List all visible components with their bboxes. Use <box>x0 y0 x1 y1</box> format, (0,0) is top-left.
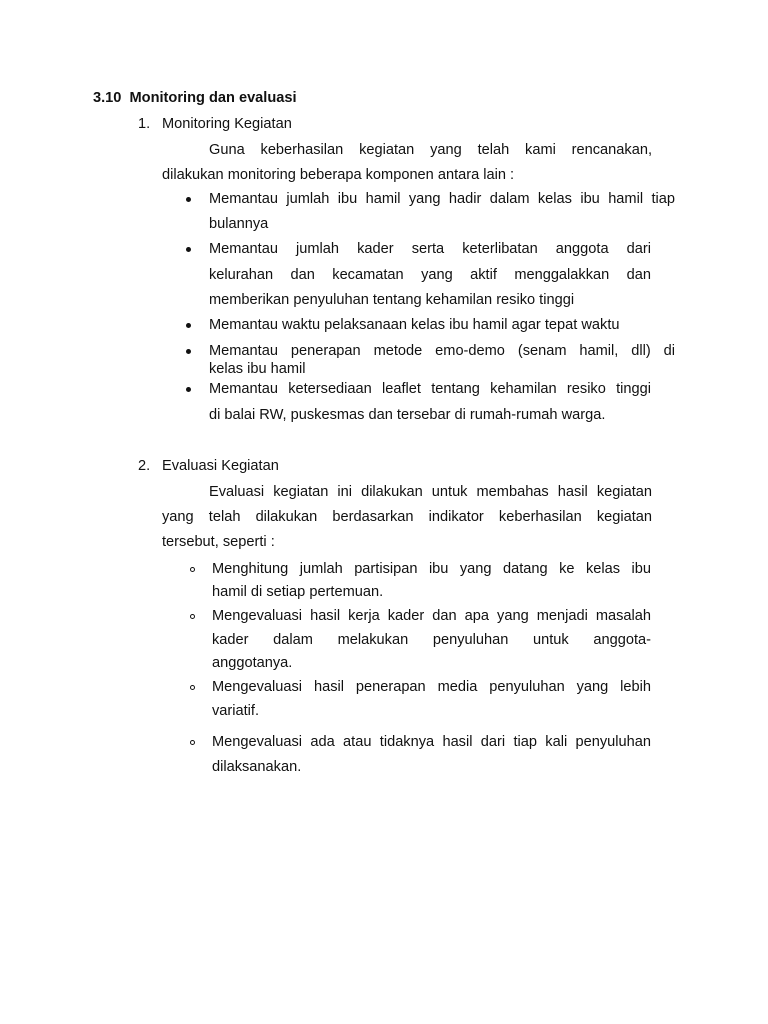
section-heading: 3.10 Monitoring dan evaluasi <box>93 89 297 107</box>
evaluasi-item-line: variatif. <box>212 702 259 720</box>
filled-circle-bullet-icon <box>186 247 191 252</box>
hollow-circle-bullet-icon <box>190 567 195 572</box>
monitoring-title: Monitoring Kegiatan <box>162 115 292 133</box>
filled-circle-bullet-icon <box>186 349 191 354</box>
hollow-circle-bullet-icon <box>190 740 195 745</box>
evaluasi-item-line: Mengevaluasi hasil penerapan media penyu… <box>212 678 651 696</box>
evaluasi-item-line: anggotanya. <box>212 654 292 672</box>
monitoring-item-line: Memantau penerapan metode emo-demo (sena… <box>209 342 675 360</box>
monitoring-intro-line: Guna keberhasilan kegiatan yang telah ka… <box>209 141 652 159</box>
monitoring-item-line: Memantau waktu pelaksanaan kelas ibu ham… <box>209 316 620 334</box>
hollow-circle-bullet-icon <box>190 685 195 690</box>
filled-circle-bullet-icon <box>186 387 191 392</box>
filled-circle-bullet-icon <box>186 197 191 202</box>
monitoring-item-line: Memantau jumlah ibu hamil yang hadir dal… <box>209 190 675 208</box>
monitoring-item-line: memberikan penyuluhan tentang kehamilan … <box>209 291 574 309</box>
section-title: Monitoring dan evaluasi <box>130 90 297 106</box>
monitoring-item-line: di balai RW, puskesmas dan tersebar di r… <box>209 406 605 424</box>
evaluasi-intro-line: tersebut, seperti : <box>162 533 275 551</box>
monitoring-number: 1. <box>138 115 150 133</box>
monitoring-item-line: bulannya <box>209 215 268 233</box>
evaluasi-item-line: Menghitung jumlah partisipan ibu yang da… <box>212 560 651 578</box>
evaluasi-item-line: dilaksanakan. <box>212 758 301 776</box>
evaluasi-item-line: kader dalam melakukan penyuluhan untuk a… <box>212 631 651 649</box>
evaluasi-item-line: hamil di setiap pertemuan. <box>212 583 383 601</box>
monitoring-item-line: Memantau ketersediaan leaflet tentang ke… <box>209 380 651 398</box>
section-number: 3.10 <box>93 90 121 106</box>
evaluasi-intro-line: yang telah dilakukan berdasarkan indikat… <box>162 508 652 526</box>
monitoring-intro-line: dilakukan monitoring beberapa komponen a… <box>162 166 514 184</box>
evaluasi-intro-line: Evaluasi kegiatan ini dilakukan untuk me… <box>209 483 652 501</box>
evaluasi-number: 2. <box>138 457 150 475</box>
monitoring-item-line: kelurahan dan kecamatan yang aktif mengg… <box>209 266 651 284</box>
filled-circle-bullet-icon <box>186 323 191 328</box>
evaluasi-item-line: Mengevaluasi hasil kerja kader dan apa y… <box>212 607 651 625</box>
hollow-circle-bullet-icon <box>190 614 195 619</box>
monitoring-item-line: Memantau jumlah kader serta keterlibatan… <box>209 240 651 258</box>
evaluasi-title: Evaluasi Kegiatan <box>162 457 279 475</box>
evaluasi-item-line: Mengevaluasi ada atau tidaknya hasil dar… <box>212 733 651 751</box>
monitoring-item-line: kelas ibu hamil <box>209 360 306 378</box>
